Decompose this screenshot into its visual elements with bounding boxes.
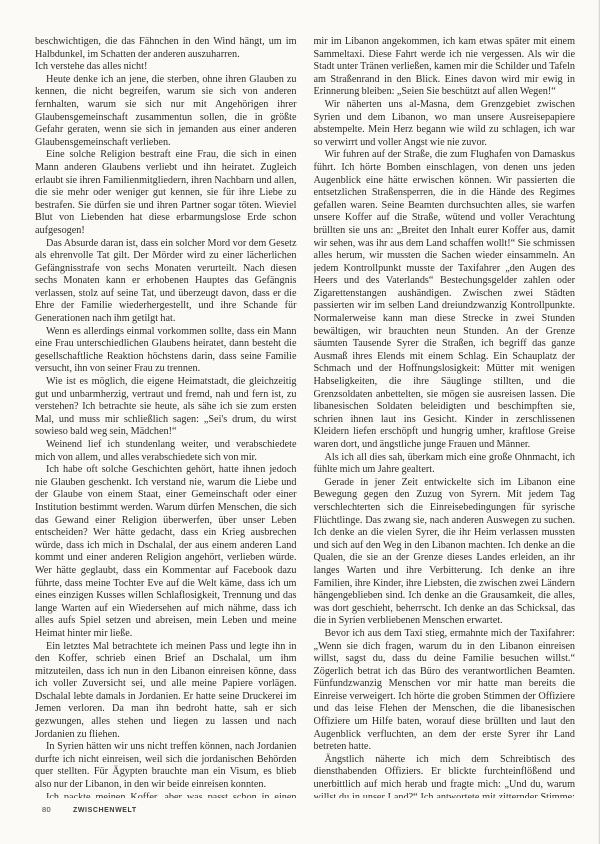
paragraph: Bevor ich aus dem Taxi stieg, ermahnte m… — [314, 628, 576, 754]
paragraph: Wir fuhren auf der Straße, die zum Flugh… — [314, 149, 576, 451]
paragraph: Weinend lief ich stundenlang weiter, und… — [35, 439, 297, 464]
right-text-column: mir im Libanon angekommen, ich kam etwas… — [314, 36, 576, 798]
paragraph: Wir näherten uns al-Masna, dem Grenzgebi… — [314, 99, 576, 149]
journal-name: ZWISCHENWELT — [73, 807, 137, 814]
paragraph: Ein letztes Mal betrachtete ich meinen P… — [35, 641, 297, 742]
paragraph: mir im Libanon angekommen, ich kam etwas… — [314, 36, 576, 99]
paragraph: Ich packte meinen Koffer, aber was passt… — [35, 792, 297, 798]
paragraph: Heute denke ich an jene, die sterben, oh… — [35, 74, 297, 150]
paragraph: Ich verstehe das alles nicht! — [35, 61, 297, 74]
paragraph: Als ich all dies sah, überkam mich eine … — [314, 452, 576, 477]
paragraph: Ängstlich näherte ich mich dem Schreibti… — [314, 754, 576, 798]
paragraph: Gerade in jener Zeit entwickelte sich im… — [314, 477, 576, 628]
page-number: 80 — [42, 805, 51, 814]
paragraph: Eine solche Religion bestraft eine Frau,… — [35, 149, 297, 237]
book-page: { "page": { "columns": [ { "paragraphs":… — [0, 0, 600, 844]
left-text-column: beschwichtigen, die das Fähnchen in den … — [35, 36, 297, 798]
two-column-text-block: beschwichtigen, die das Fähnchen in den … — [35, 36, 575, 798]
paragraph: Ich habe oft solche Geschichten gehört, … — [35, 464, 297, 640]
page-footer: 80 ZWISCHENWELT — [42, 805, 137, 814]
paragraph: Wenn es allerdings einmal vorkommen soll… — [35, 326, 297, 376]
paragraph: Das Absurde daran ist, dass ein solcher … — [35, 238, 297, 326]
paragraph: beschwichtigen, die das Fähnchen in den … — [35, 36, 297, 61]
paragraph: In Syrien hätten wir uns nicht treffen k… — [35, 741, 297, 791]
paragraph: Wie ist es möglich, die eigene Heimatsta… — [35, 376, 297, 439]
